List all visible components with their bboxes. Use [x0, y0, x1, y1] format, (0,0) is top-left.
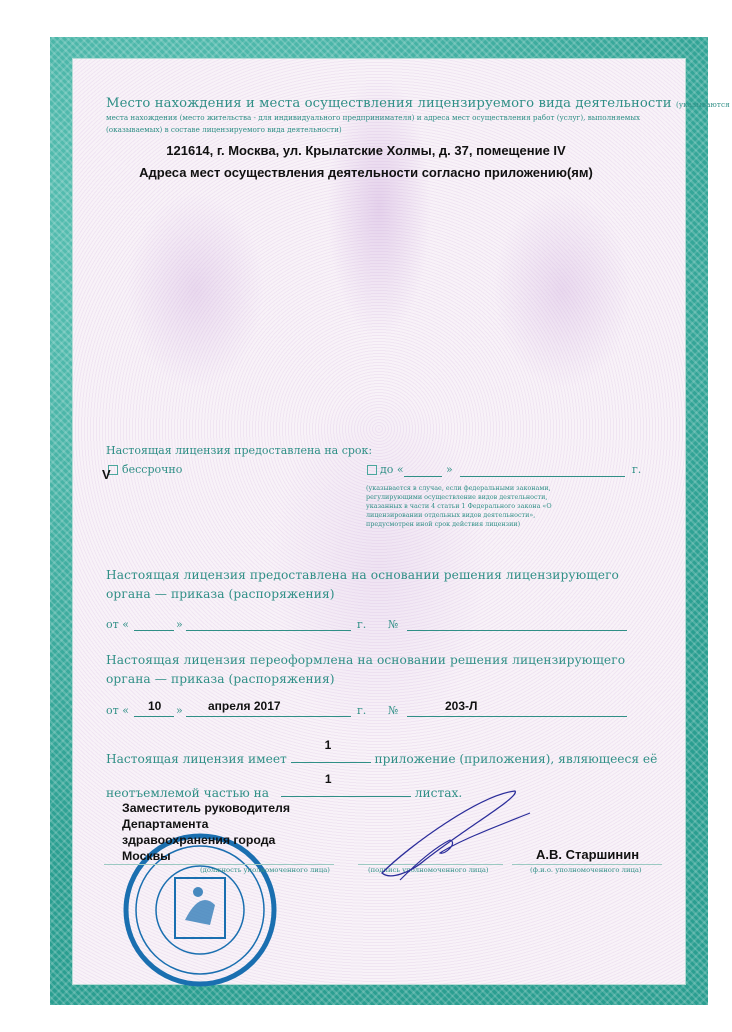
position-caption: (должность уполномоченного лица)	[200, 866, 330, 874]
until-note: (указывается в случае, если федеральными…	[366, 484, 566, 529]
signer-position-line: здравоохранения города	[122, 832, 290, 848]
name-line	[512, 864, 662, 865]
reissued-close-quote: »	[176, 704, 183, 717]
appendix-line: Настоящая лицензия имеет 1 приложение (п…	[106, 750, 657, 766]
reissued-month-year: апреля 2017	[208, 699, 281, 713]
sheets-text-before: неотъемлемой частью на	[106, 786, 269, 800]
granted-number-line	[407, 630, 627, 631]
granted-year-suffix: г.	[357, 618, 366, 631]
granted-number-label: №	[388, 618, 398, 631]
handwritten-signature	[370, 785, 540, 885]
location-heading-note: места нахождения (место жительства - для…	[106, 112, 658, 135]
reissued-number: 203-Л	[445, 699, 477, 713]
signer-position-line: Заместитель руководителя	[122, 800, 290, 816]
location-heading-text: Место нахождения и места осуществления л…	[106, 96, 672, 111]
until-label: до «	[380, 463, 404, 476]
until-year-suffix: г.	[632, 463, 641, 476]
unlimited-check-mark: V	[102, 467, 111, 482]
unlimited-label: бессрочно	[122, 463, 182, 476]
signer-name: А.В. Старшинин	[536, 847, 639, 862]
granted-date-line	[186, 630, 351, 631]
reissued-day-line	[134, 716, 174, 717]
reissued-day: 10	[148, 699, 161, 713]
sheets-count: 1	[325, 772, 332, 786]
signer-position-line: Москвы	[122, 848, 290, 864]
location-heading: Место нахождения и места осуществления л…	[106, 96, 732, 111]
activity-addresses: Адреса мест осуществления деятельности с…	[0, 165, 732, 180]
until-day-line	[404, 476, 442, 477]
reissued-from-label: от «	[106, 704, 129, 717]
granted-day-line	[134, 630, 174, 631]
location-heading-note-inline: (указываются адрес	[676, 100, 732, 109]
reissued-date-line	[186, 716, 351, 717]
address: 121614, г. Москва, ул. Крылатские Холмы,…	[0, 143, 732, 158]
granted-text: Настоящая лицензия предоставлена на осно…	[106, 566, 666, 604]
appendix-count: 1	[325, 738, 332, 752]
until-checkbox[interactable]	[367, 465, 377, 475]
signer-position-line: Департамента	[122, 816, 290, 832]
appendix-text-after: приложение (приложения), являющееся её	[375, 752, 658, 766]
granted-close-quote: »	[176, 618, 183, 631]
signer-position: Заместитель руководителя Департамента зд…	[122, 800, 290, 864]
name-caption: (ф.и.о. уполномоченного лица)	[530, 866, 642, 874]
reissued-number-label: №	[388, 704, 398, 717]
reissued-text: Настоящая лицензия переоформлена на осно…	[106, 651, 666, 689]
position-line	[104, 864, 334, 865]
reissued-year-suffix: г.	[357, 704, 366, 717]
until-date-line	[460, 476, 625, 477]
granted-from-label: от «	[106, 618, 129, 631]
appendix-count-line: 1	[291, 750, 371, 763]
term-label: Настоящая лицензия предоставлена на срок…	[106, 444, 372, 457]
reissued-number-line	[407, 716, 627, 717]
until-close-quote: »	[446, 463, 453, 476]
appendix-text-before: Настоящая лицензия имеет	[106, 752, 287, 766]
